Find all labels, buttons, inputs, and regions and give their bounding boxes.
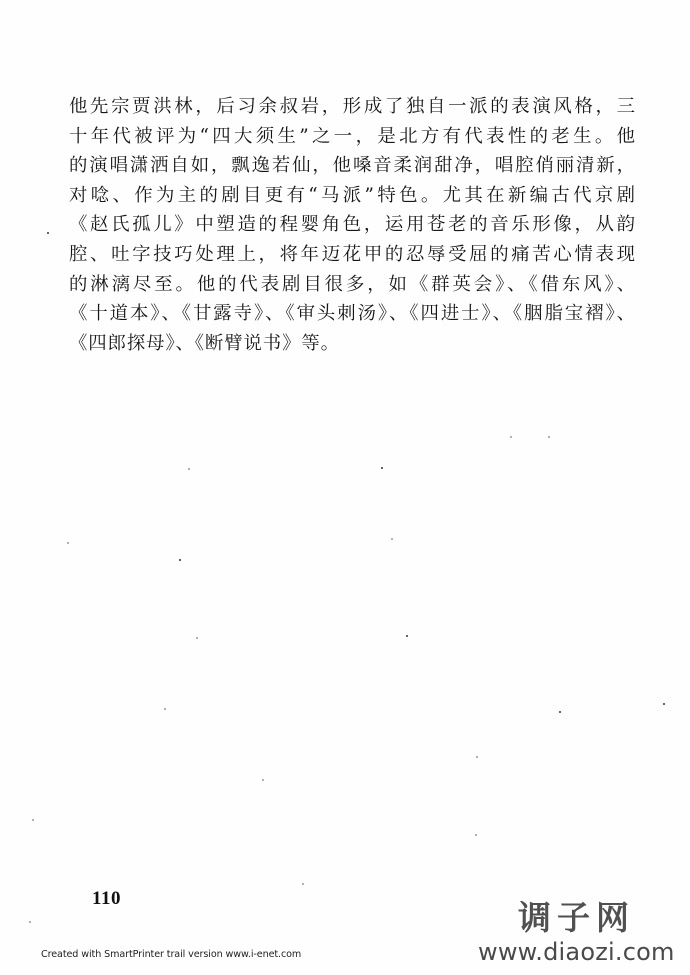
scan-speck — [510, 436, 512, 438]
scan-speck — [188, 468, 190, 470]
scan-speck — [67, 542, 69, 544]
paragraph-line-9: 《四郎探母》、《断臂说书》等。 — [69, 329, 635, 359]
paragraph-line-7: 的淋漓尽至。他的代表剧目很多，如《群英会》、《借东风》、 — [69, 270, 635, 300]
paragraph-line-3: 的演唱潇洒自如，飘逸若仙，他嗓音柔润甜净，唱腔俏丽清新， — [69, 151, 635, 181]
scan-speck — [475, 834, 477, 836]
scan-speck — [179, 559, 181, 561]
watermark-title: 调子网 — [518, 898, 690, 938]
paragraph-line-6: 腔、吐字技巧处理上，将年迈花甲的忍辱受屈的痛苦心情表现 — [69, 240, 635, 270]
scan-speck — [663, 703, 665, 705]
scan-speck — [32, 819, 34, 821]
watermark-url: www.diaozi.com — [478, 938, 690, 966]
scan-speck — [47, 232, 49, 234]
page-number: 110 — [92, 888, 121, 910]
scan-speck — [391, 538, 393, 540]
scan-speck — [164, 708, 166, 710]
scan-speck — [476, 756, 478, 758]
scan-speck — [29, 921, 31, 923]
scan-speck — [406, 635, 408, 637]
printer-credit-footer: Created with SmartPrinter trail version … — [41, 949, 301, 960]
paragraph-line-4: 对唸、作为主的剧目更有“马派”特色。尤其在新编古代京剧 — [69, 181, 635, 211]
paragraph-line-1: 他先宗贾洪林，后习余叔岩，形成了独自一派的表演风格，三 — [69, 92, 635, 122]
body-paragraph: 他先宗贾洪林，后习余叔岩，形成了独自一派的表演风格，三 十年代被评为“四大须生”… — [69, 92, 635, 358]
scan-speck — [559, 711, 561, 713]
paragraph-line-5: 《赵氏孤儿》中塑造的程婴角色，运用苍老的音乐形像，从韵 — [69, 210, 635, 240]
site-watermark: 调子网 www.diaozi.com — [470, 898, 690, 966]
scan-speck — [262, 779, 264, 781]
scanned-book-page: 他先宗贾洪林，后习余叔岩，形成了独自一派的表演风格，三 十年代被评为“四大须生”… — [0, 0, 690, 975]
scan-speck — [196, 637, 198, 639]
scan-speck — [381, 467, 383, 469]
paragraph-line-2: 十年代被评为“四大须生”之一，是北方有代表性的老生。他 — [69, 122, 635, 152]
scan-speck — [548, 436, 550, 438]
scan-speck — [302, 883, 304, 885]
paragraph-line-8: 《十道本》、《甘露寺》、《审头刺汤》、《四进士》、《胭脂宝褶》、 — [69, 299, 635, 329]
